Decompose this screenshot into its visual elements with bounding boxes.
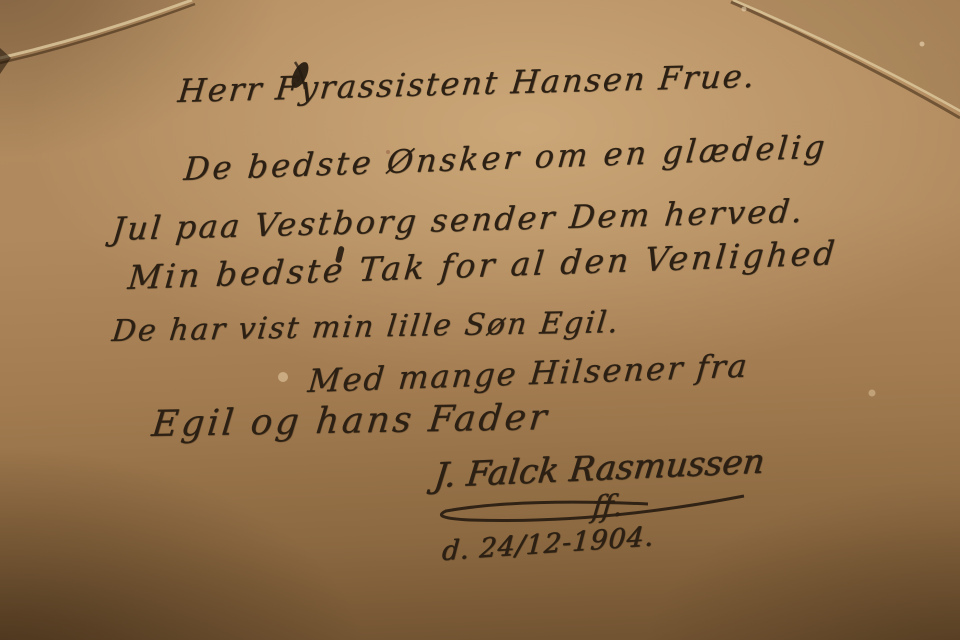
body-line-1: De bedste Ønsker om en glædelig <box>182 127 829 188</box>
body-line-6: Egil og hans Fader <box>150 397 552 445</box>
salutation-line: Herr Fyrassistent Hansen Frue. <box>176 57 758 110</box>
date-line: d. 24/12-1904. <box>441 521 655 567</box>
paper-speck <box>278 372 288 382</box>
body-line-5: Med mange Hilsener fra <box>306 347 750 401</box>
handwritten-letter-photo: Herr Fyrassistent Hansen Frue. De bedste… <box>0 0 960 640</box>
top-right-backing-area <box>733 0 960 112</box>
paper-speck <box>742 7 747 12</box>
crease-left-segment <box>0 0 195 63</box>
paper-speck <box>920 42 925 47</box>
paper-speck <box>869 390 876 397</box>
signature: J. Falck Rasmussen <box>432 441 767 496</box>
body-line-4: De har vist min lille Søn Egil. <box>110 305 621 349</box>
left-edge-shadow-wedge <box>0 48 11 74</box>
crease-right-segment <box>731 0 960 118</box>
signature-paraph: ff. <box>590 488 624 525</box>
top-left-backing-area <box>0 0 192 58</box>
